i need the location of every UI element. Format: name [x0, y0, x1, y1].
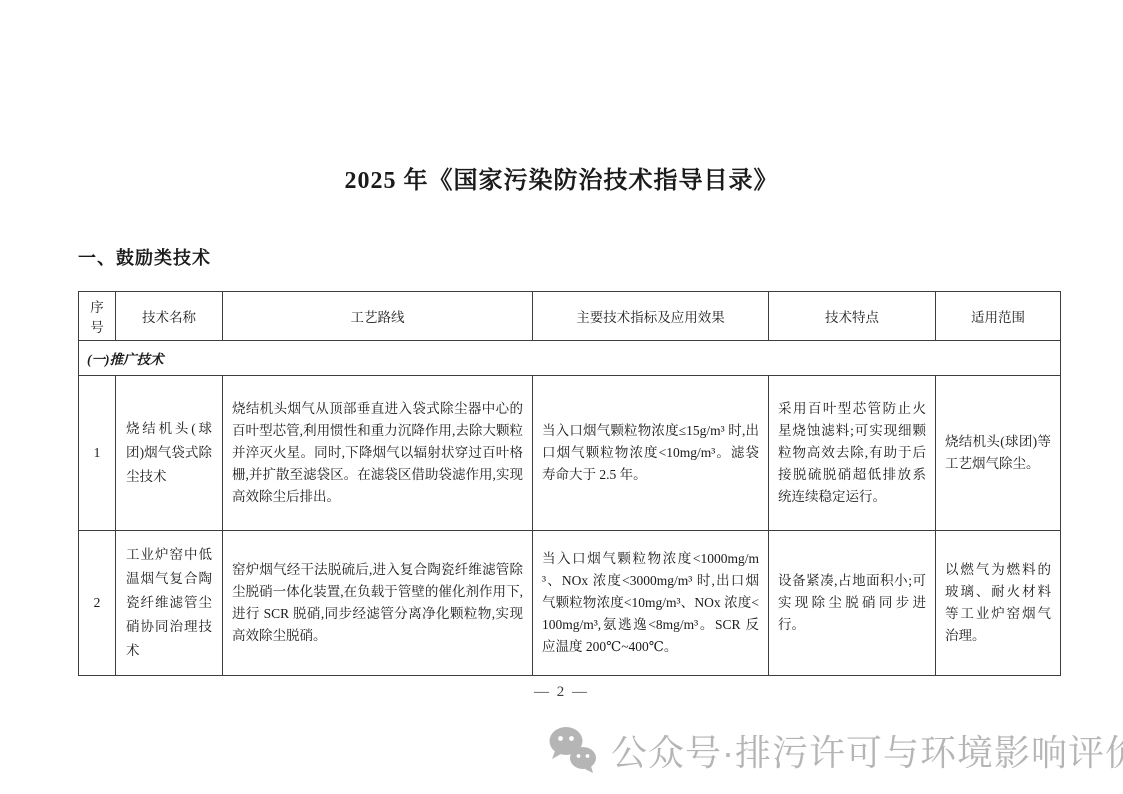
row2-name: 工业炉窑中低温烟气复合陶瓷纤维滤管尘硝协同治理技术	[116, 531, 223, 676]
table-row: 2 工业炉窑中低温烟气复合陶瓷纤维滤管尘硝协同治理技术 窑炉烟气经干法脱硫后,进…	[79, 531, 1061, 676]
watermark: 公众号·排污许可与环境影响评价	[545, 722, 1123, 778]
header-no: 序号	[79, 292, 116, 341]
header-indicators: 主要技术指标及应用效果	[533, 292, 769, 341]
wechat-icon	[545, 722, 601, 778]
table-header-row: 序号 技术名称 工艺路线 主要技术指标及应用效果 技术特点 适用范围	[79, 292, 1061, 341]
row1-scope: 烧结机头(球团)等工艺烟气除尘。	[936, 376, 1061, 531]
row2-process: 窑炉烟气经干法脱硫后,进入复合陶瓷纤维滤管除尘脱硝一体化装置,在负载于管壁的催化…	[223, 531, 533, 676]
document-page: 2025 年《国家污染防治技术指导目录》 一、鼓励类技术 序号 技术名称 工艺路…	[0, 0, 1123, 794]
page-number: — 2 —	[0, 684, 1123, 701]
header-name: 技术名称	[116, 292, 223, 341]
group-row-label: (一)推广技术	[79, 341, 1061, 376]
row2-no: 2	[79, 531, 116, 676]
header-features: 技术特点	[769, 292, 936, 341]
row1-no: 1	[79, 376, 116, 531]
page-title: 2025 年《国家污染防治技术指导目录》	[0, 160, 1123, 195]
table-row: 1 烧结机头(球团)烟气袋式除尘技术 烧结机头烟气从顶部垂直进入袋式除尘器中心的…	[79, 376, 1061, 531]
row1-process: 烧结机头烟气从顶部垂直进入袋式除尘器中心的百叶型芯管,利用惯性和重力沉降作用,去…	[223, 376, 533, 531]
row1-indicators: 当入口烟气颗粒物浓度≤15g/m³ 时,出口烟气颗粒物浓度<10mg/m³。滤袋…	[533, 376, 769, 531]
row1-name: 烧结机头(球团)烟气袋式除尘技术	[116, 376, 223, 531]
row1-features: 采用百叶型芯管防止火星烧蚀滤料;可实现细颗粒物高效去除,有助于后接脱硫脱硝超低排…	[769, 376, 936, 531]
group-row: (一)推广技术	[79, 341, 1061, 376]
row2-indicators: 当入口烟气颗粒物浓度<1000mg/m³、NOx 浓度<3000mg/m³ 时,…	[533, 531, 769, 676]
header-process: 工艺路线	[223, 292, 533, 341]
row2-scope: 以燃气为燃料的玻璃、耐火材料等工业炉窑烟气治理。	[936, 531, 1061, 676]
header-scope: 适用范围	[936, 292, 1061, 341]
watermark-text: 公众号·排污许可与环境影响评价	[611, 725, 1123, 776]
section-heading: 一、鼓励类技术	[78, 244, 211, 270]
row2-features: 设备紧凑,占地面积小;可实现除尘脱硝同步进行。	[769, 531, 936, 676]
technology-table: 序号 技术名称 工艺路线 主要技术指标及应用效果 技术特点 适用范围 (一)推广…	[78, 291, 1061, 676]
